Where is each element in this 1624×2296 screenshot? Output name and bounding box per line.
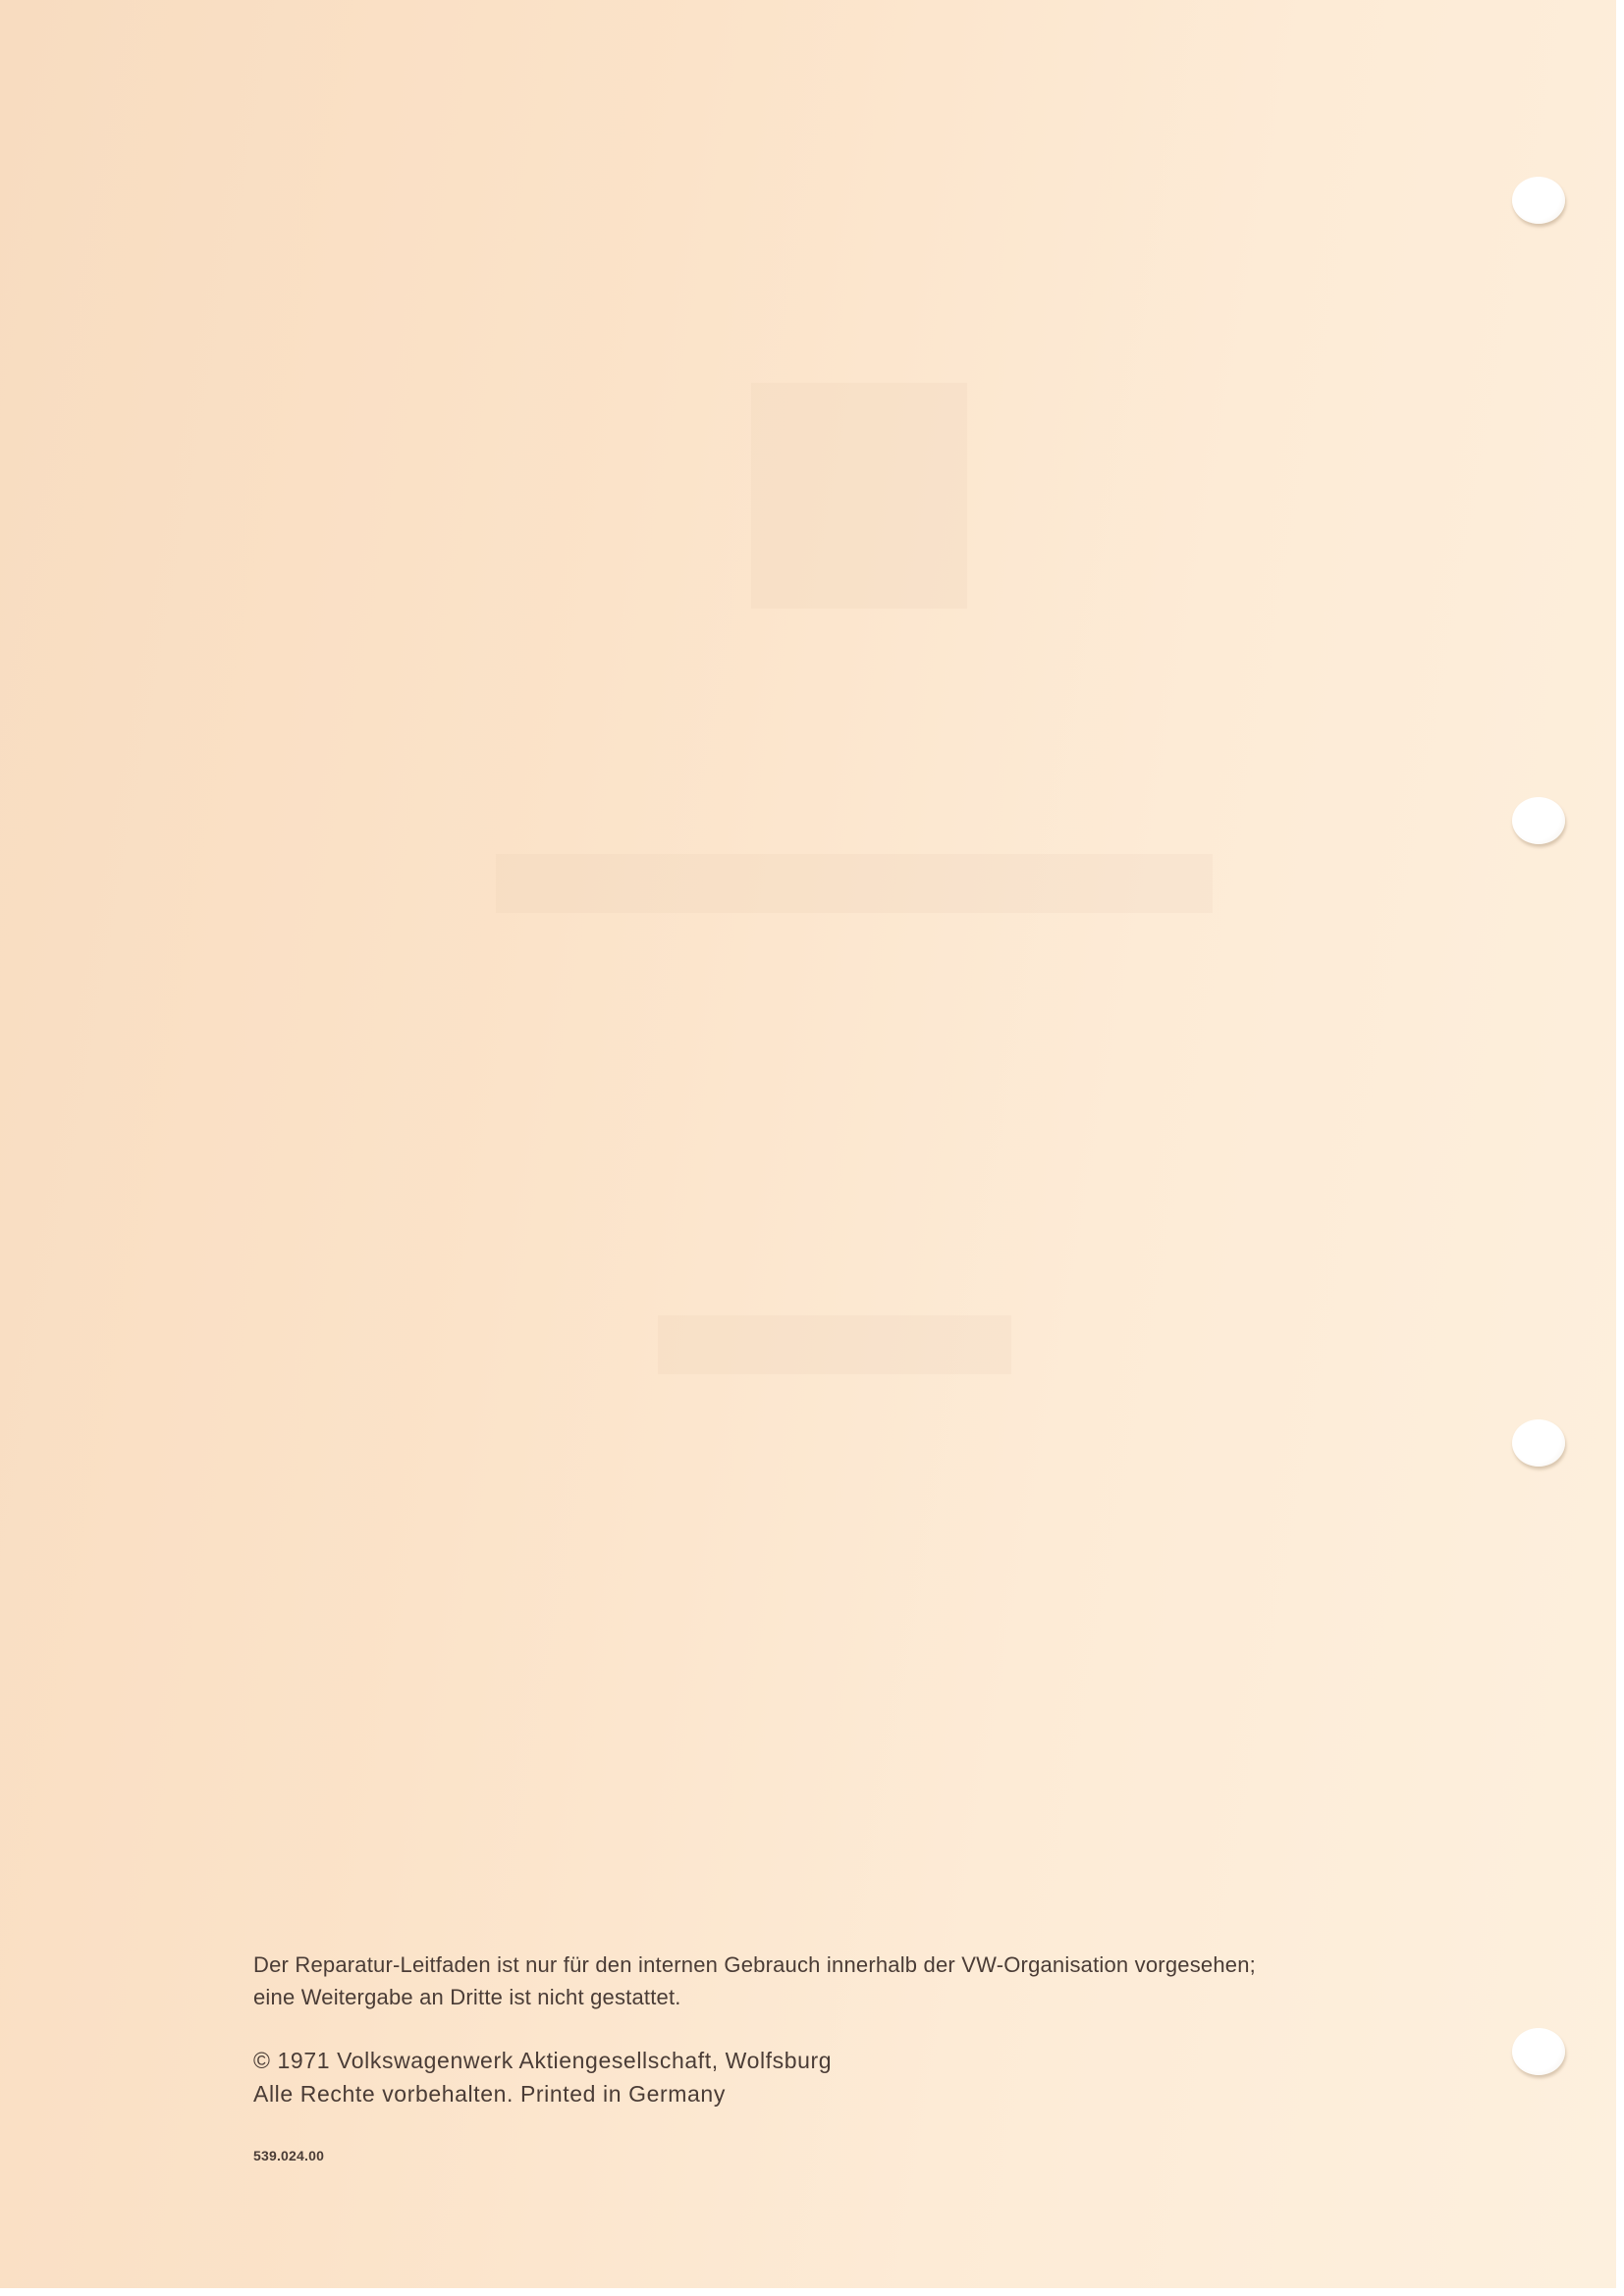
bottom-edge bbox=[0, 2288, 1624, 2296]
usage-notice-line: Der Reparatur-Leitfaden ist nur für den … bbox=[253, 1949, 1256, 1981]
show-through-subtitle bbox=[658, 1315, 1011, 1374]
punch-hole bbox=[1512, 1419, 1565, 1467]
copyright-line: Alle Rechte vorbehalten. Printed in Germ… bbox=[253, 2077, 832, 2110]
show-through-logo bbox=[751, 383, 967, 609]
punch-hole bbox=[1512, 2028, 1565, 2075]
usage-notice: Der Reparatur-Leitfaden ist nur für den … bbox=[253, 1949, 1256, 2013]
copyright-block: © 1971 Volkswagenwerk Aktiengesellschaft… bbox=[253, 2044, 832, 2110]
punch-hole bbox=[1512, 797, 1565, 844]
copyright-line: © 1971 Volkswagenwerk Aktiengesellschaft… bbox=[253, 2044, 832, 2077]
usage-notice-line: eine Weitergabe an Dritte ist nicht gest… bbox=[253, 1981, 1256, 2013]
page-edge bbox=[1616, 0, 1624, 2296]
document-number: 539.024.00 bbox=[253, 2148, 324, 2163]
show-through-title bbox=[496, 854, 1213, 913]
punch-hole bbox=[1512, 177, 1565, 224]
